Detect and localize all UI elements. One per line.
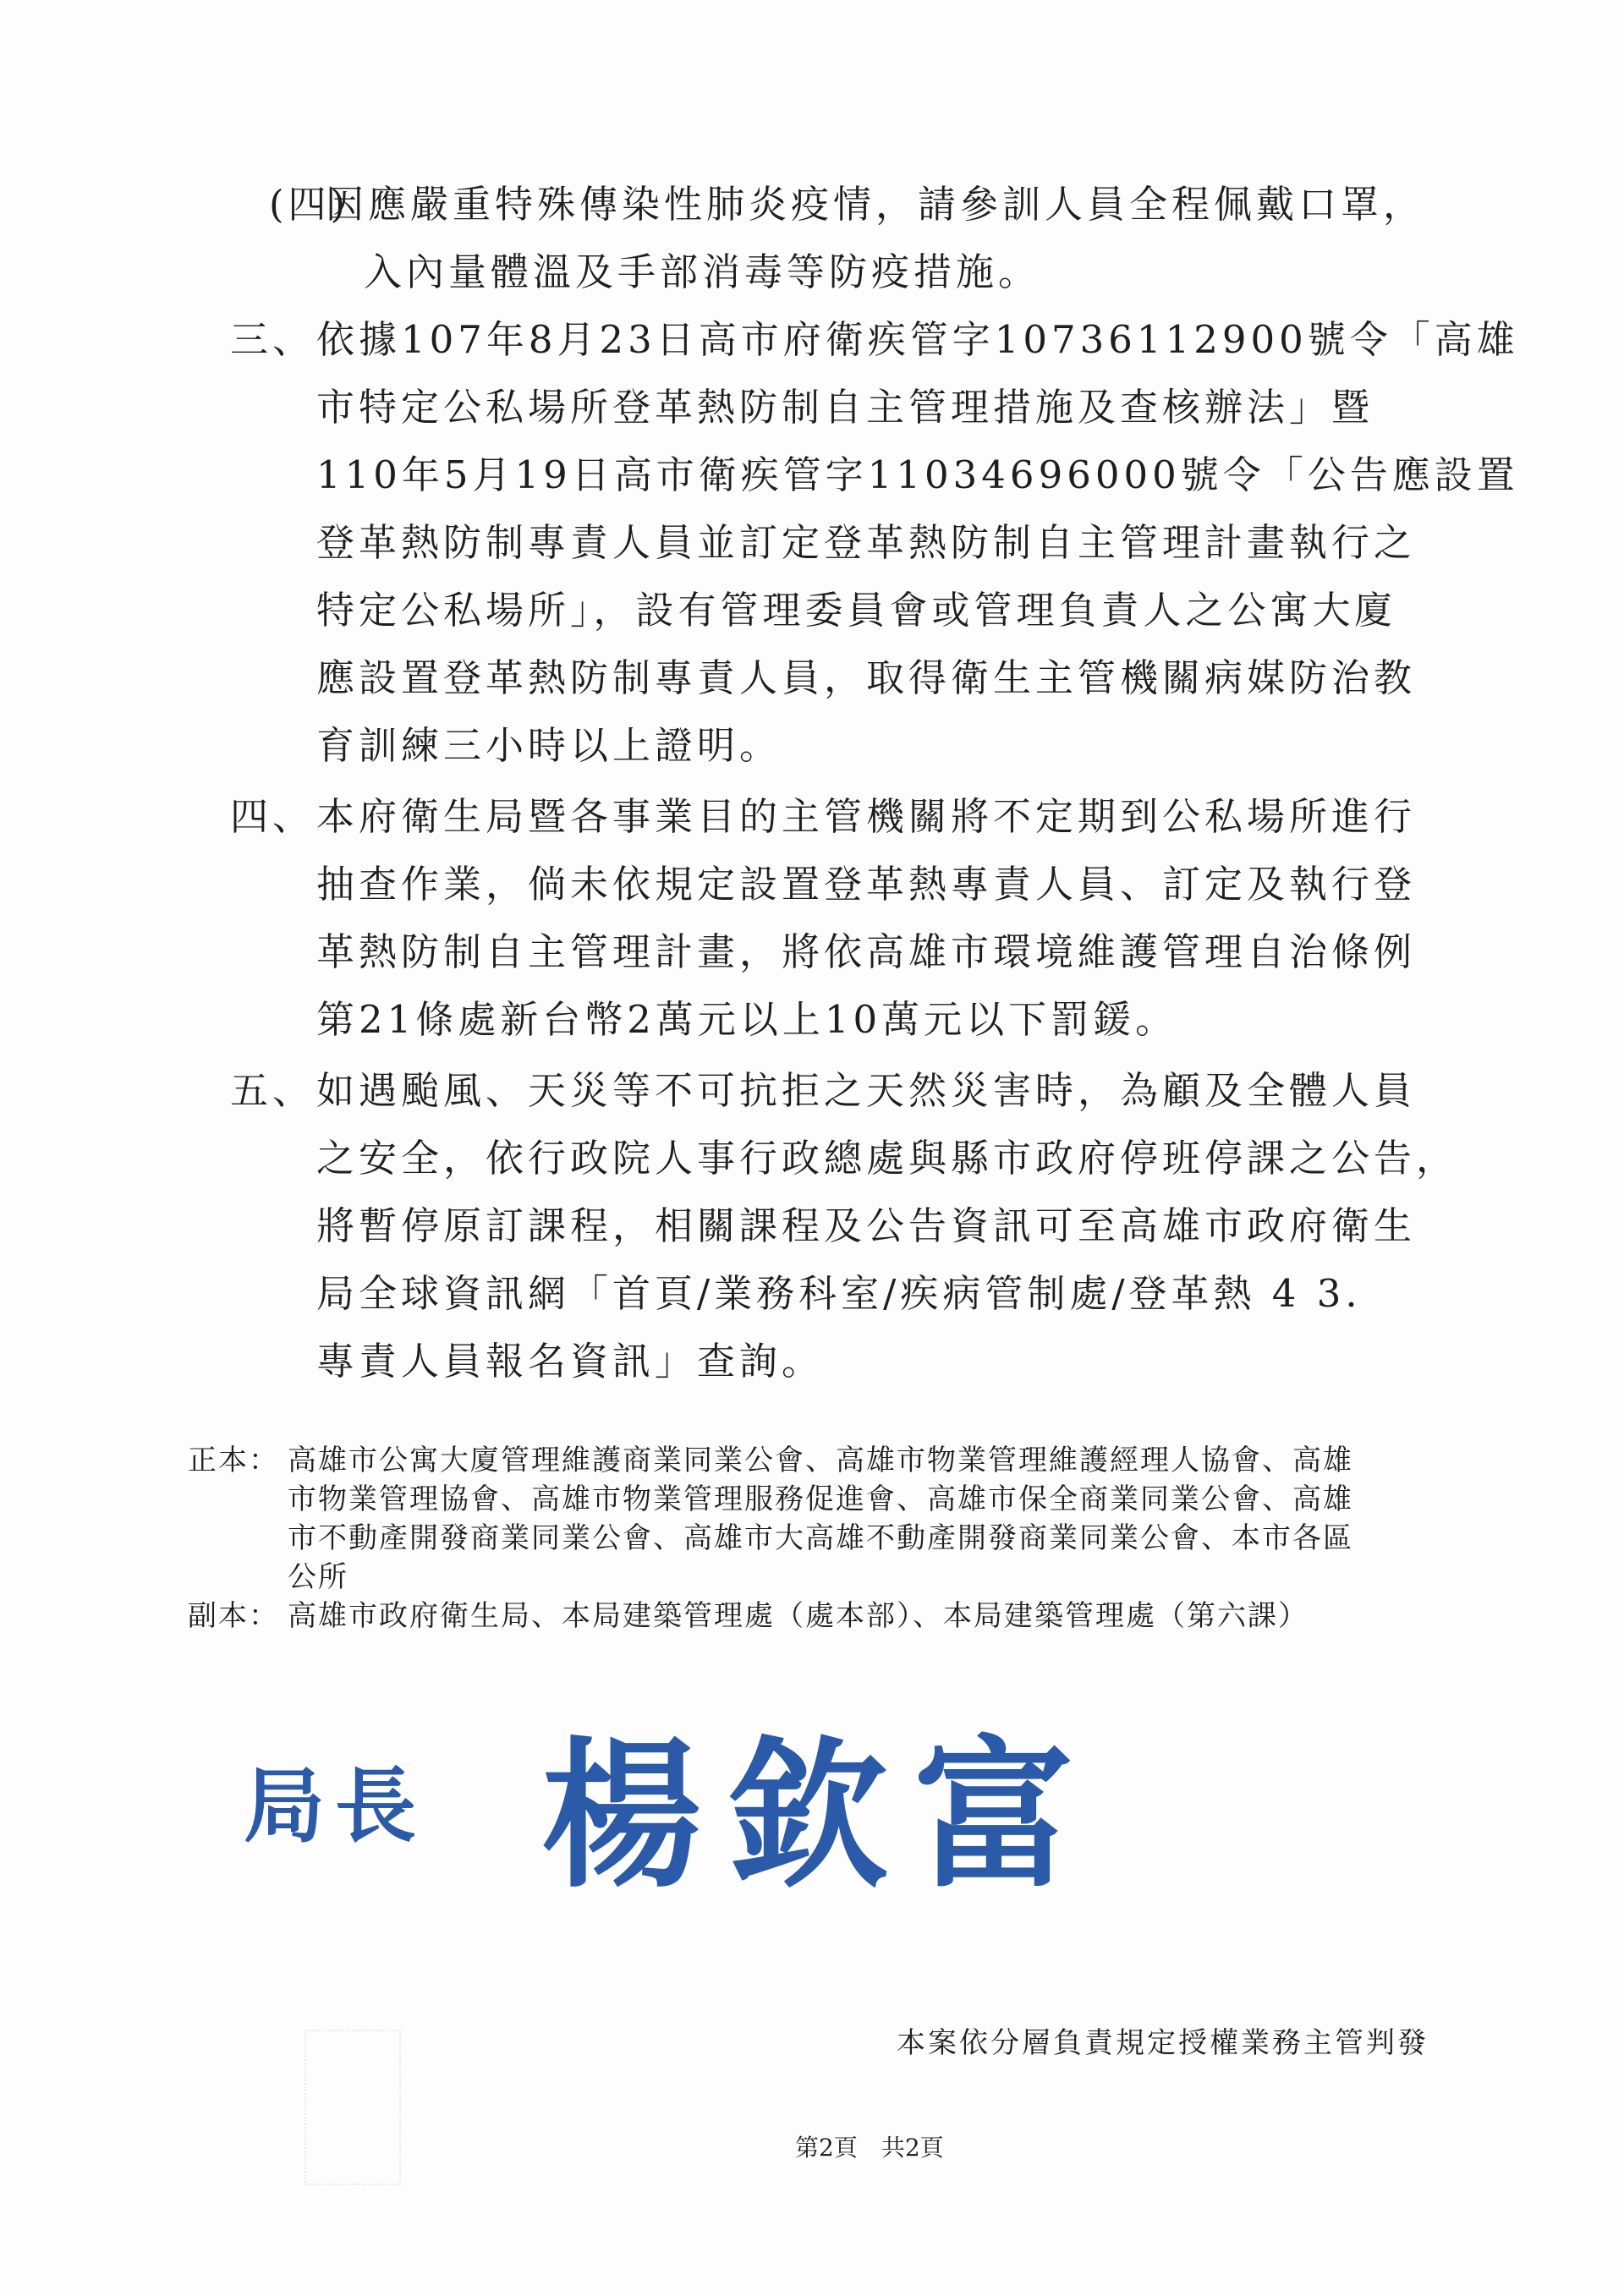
original-recipients-line-4: 公所 [288,1558,348,1597]
item-3-line-7: 育訓練三小時以上證明。 [316,721,782,771]
item-3-line-1: 依據107年8月23日高市府衛疾管字10736112900號令「高雄 [316,315,1519,365]
item-4-line-3: 革熱防制自主管理計畫，將依高雄市環境維護管理自治條例 [316,927,1416,978]
item-5-line-1: 如遇颱風、天災等不可抗拒之天然災害時，為顧及全體人員 [316,1066,1416,1116]
item-5-line-2: 之安全，依行政院人事行政總處與縣市政府停班停課之公告， [316,1133,1458,1184]
item-3-line-2: 市特定公私場所登革熱防制自主管理措施及查核辦法」暨 [316,382,1374,433]
item-5-line-5: 專責人員報名資訊」查詢。 [316,1336,824,1387]
item-5-label: 五、 [230,1066,315,1116]
faint-stamp-box [304,2030,401,2185]
item-3-line-4: 登革熱防制專責人員並訂定登革熱防制自主管理計畫執行之 [316,518,1416,568]
item-4-line-2: 抽查作業，倘未依規定設置登革熱專責人員、訂定及執行登 [316,859,1416,910]
item-5-line-3: 將暫停原訂課程，相關課程及公告資訊可至高雄市政府衛生 [316,1201,1416,1252]
item-3-line-3: 110年5月19日高市衛疾管字11034696000號令「公告應設置 [316,450,1519,501]
item-4-line-1: 本府衛生局暨各事業目的主管機關將不定期到公私場所進行 [316,792,1416,842]
authorization-note: 本案依分層負責規定授權業務主管判發 [897,2019,1429,2061]
item-4-label: 四、 [230,792,315,842]
item-3-label: 三、 [230,315,315,365]
document-page: (四) 因應嚴重特殊傳染性肺炎疫情，請參訓人員全程佩戴口罩， 入內量體溫及手部消… [0,0,1624,2296]
signature-name: 楊欽富 [541,1687,1100,1918]
item-3-line-5: 特定公私場所」，設有管理委員會或管理負責人之公寓大廈 [316,585,1397,636]
copy-recipients-line-1: 高雄市政府衛生局、本局建築管理處（處本部）、本局建築管理處（第六課） [288,1597,1309,1636]
item-3-line-6: 應設置登革熱防制專責人員，取得衛生主管機關病媒防治教 [316,653,1416,704]
item-4-sub-line-2: 入內量體溫及手部消毒等防疫措施。 [364,247,1040,298]
copy-recipients-label: 副本： [188,1597,279,1636]
signature-title: 局長 [244,1742,426,1858]
item-4-line-4: 第21條處新台幣2萬元以上10萬元以下罰鍰。 [316,995,1177,1045]
item-4-sub-line-1: 因應嚴重特殊傳染性肺炎疫情，請參訓人員全程佩戴口罩， [326,179,1425,230]
page-number: 第2頁 共2頁 [795,2129,944,2163]
original-recipients-line-1: 高雄市公寓大廈管理維護商業同業公會、高雄市物業管理維護經理人協會、高雄 [288,1441,1353,1480]
item-5-line-4: 局全球資訊網「首頁/業務科室/疾病管制處/登革熱 4 3. [316,1269,1362,1319]
original-recipients-line-2: 市物業管理協會、高雄市物業管理服務促進會、高雄市保全商業同業公會、高雄 [288,1480,1353,1519]
original-recipients-line-3: 市不動產開發商業同業公會、高雄市大高雄不動產開發商業同業公會、本市各區 [288,1519,1353,1558]
original-recipients-label: 正本： [188,1441,279,1480]
